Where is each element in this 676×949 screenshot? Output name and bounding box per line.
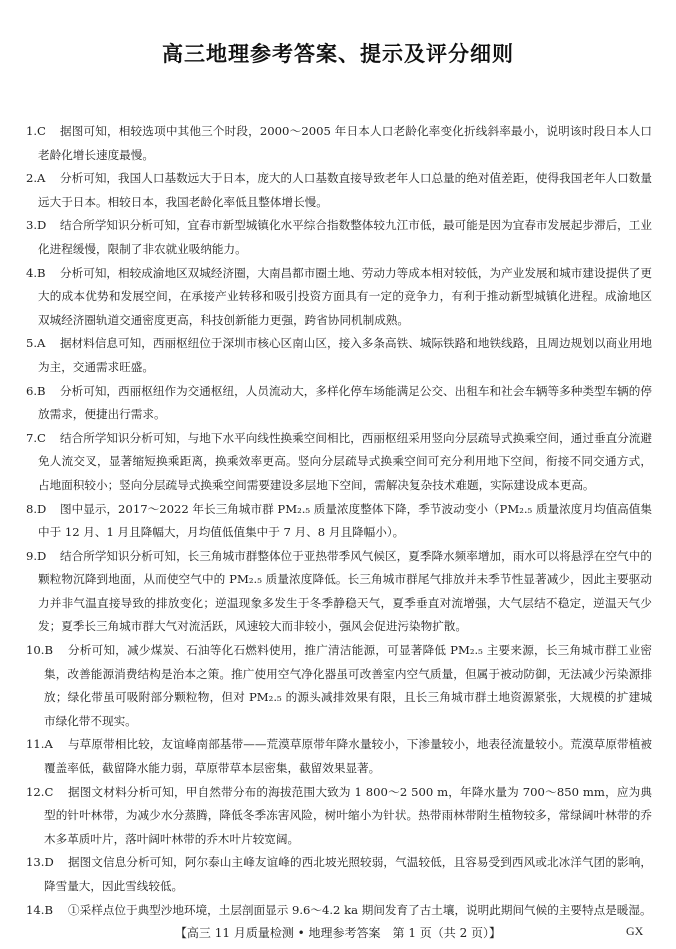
answer-explanation: 分析可知，相较成渝地区双城经济圈，大南昌都市圈土地、劳动力等成本相对较低，为产业…	[26, 262, 652, 333]
answer-item-8: 8.D 图中显示，2017～2022 年长三角城市群 PM₂.₅ 质量浓度整体下…	[26, 498, 652, 545]
answer-item-12: 12.C 据图文材料分析可知，甲自然带分布的海拔范围大致为 1 800～2 50…	[26, 781, 652, 852]
answer-explanation: 结合所学知识分析可知，宜春市新型城镇化水平综合指数整体较九江市低，最可能是因为宜…	[26, 214, 652, 261]
footer-region-code: GX	[626, 924, 643, 939]
answer-explanation: 图中显示，2017～2022 年长三角城市群 PM₂.₅ 质量浓度整体下降，季节…	[26, 498, 652, 545]
answer-number: 5.A	[26, 332, 45, 356]
answer-item-11: 11.A 与草原带相比较，友谊峰南部基带——荒漠草原带年降水量较小，下渗量较小，…	[26, 733, 652, 780]
answer-explanation: 分析可知，我国人口基数远大于日本，庞大的人口基数直接导致老年人口总量的绝对值差距…	[26, 167, 652, 214]
answer-item-3: 3.D 结合所学知识分析可知，宜春市新型城镇化水平综合指数整体较九江市低，最可能…	[26, 214, 652, 261]
answer-number: 2.A	[26, 167, 45, 191]
answer-item-4: 4.B 分析可知，相较成渝地区双城经济圈，大南昌都市圈土地、劳动力等成本相对较低…	[26, 262, 652, 333]
answer-number: 6.B	[26, 380, 46, 404]
answer-number: 9.D	[26, 545, 46, 569]
answer-explanation: 据图可知，相较选项中其他三个时段，2000～2005 年日本人口老龄化率变化折线…	[26, 120, 652, 167]
footer-page-info: 【高三 11 月质量检测 • 地理参考答案 第 1 页（共 2 页）】	[0, 924, 676, 941]
answer-item-10: 10.B 分析可知，减少煤炭、石油等化石燃料使用，推广清洁能源，可显著降低 PM…	[26, 639, 652, 733]
answer-item-5: 5.A 据材料信息可知，西丽枢纽位于深圳市核心区南山区，接入多条高铁、城际铁路和…	[26, 332, 652, 379]
answer-list: 1.C 据图可知，相较选项中其他三个时段，2000～2005 年日本人口老龄化率…	[26, 120, 652, 922]
answer-item-13: 13.D 据图文信息分析可知，阿尔泰山主峰友谊峰的西北坡光照较弱，气温较低，且容…	[26, 851, 652, 898]
answer-number: 12.C	[26, 781, 53, 805]
answer-number: 11.A	[26, 733, 53, 757]
answer-explanation: ①采样点位于典型沙地环境，土层剖面显示 9.6～4.2 ka 期间发育了古土壤，…	[26, 899, 652, 923]
answer-item-6: 6.B 分析可知，西丽枢纽作为交通枢纽，人员流动大，多样化停车场能满足公交、出租…	[26, 380, 652, 427]
answer-explanation: 据材料信息可知，西丽枢纽位于深圳市核心区南山区，接入多条高铁、城际铁路和地铁线路…	[26, 332, 652, 379]
answer-number: 1.C	[26, 120, 46, 144]
answer-number: 7.C	[26, 427, 46, 451]
answer-number: 13.D	[26, 851, 54, 875]
answer-explanation: 结合所学知识分析可知，长三角城市群整体位于亚热带季风气候区，夏季降水频率增加，雨…	[26, 545, 652, 639]
answer-item-7: 7.C 结合所学知识分析可知，与地下水平向线性换乘空间相比，西丽枢纽采用竖向分层…	[26, 427, 652, 498]
answer-item-9: 9.D 结合所学知识分析可知，长三角城市群整体位于亚热带季风气候区，夏季降水频率…	[26, 545, 652, 639]
answer-explanation: 据图文材料分析可知，甲自然带分布的海拔范围大致为 1 800～2 500 m，年…	[26, 781, 652, 852]
page-title: 高三地理参考答案、提示及评分细则	[0, 38, 676, 68]
answer-item-2: 2.A 分析可知，我国人口基数远大于日本，庞大的人口基数直接导致老年人口总量的绝…	[26, 167, 652, 214]
answer-explanation: 分析可知，减少煤炭、石油等化石燃料使用，推广清洁能源，可显著降低 PM₂.₅ 主…	[26, 639, 652, 733]
answer-number: 8.D	[26, 498, 46, 522]
answer-number: 3.D	[26, 214, 46, 238]
answer-explanation: 分析可知，西丽枢纽作为交通枢纽，人员流动大，多样化停车场能满足公交、出租车和社会…	[26, 380, 652, 427]
answer-number: 10.B	[26, 639, 53, 663]
answer-explanation: 结合所学知识分析可知，与地下水平向线性换乘空间相比，西丽枢纽采用竖向分层疏导式换…	[26, 427, 652, 498]
answer-explanation: 据图文信息分析可知，阿尔泰山主峰友谊峰的西北坡光照较弱，气温较低，且容易受到西风…	[26, 851, 652, 898]
answer-explanation: 与草原带相比较，友谊峰南部基带——荒漠草原带年降水量较小，下渗量较小，地表径流量…	[26, 733, 652, 780]
answer-number: 4.B	[26, 262, 46, 286]
answer-item-14: 14.B ①采样点位于典型沙地环境，土层剖面显示 9.6～4.2 ka 期间发育…	[26, 899, 652, 923]
answer-item-1: 1.C 据图可知，相较选项中其他三个时段，2000～2005 年日本人口老龄化率…	[26, 120, 652, 167]
answer-number: 14.B	[26, 899, 53, 923]
